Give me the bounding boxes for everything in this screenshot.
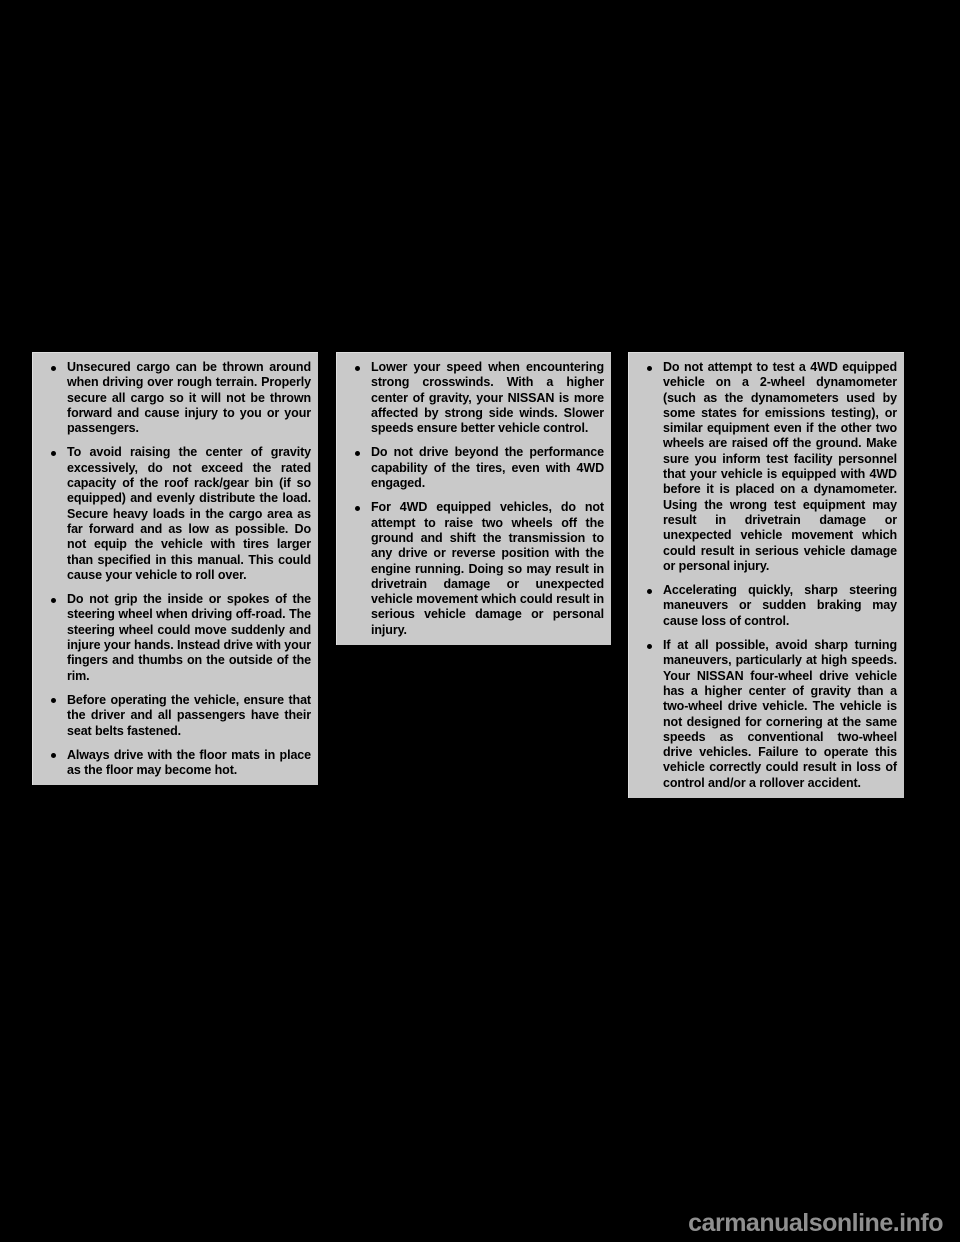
warning-bullet: Unsecured cargo can be thrown around whe… xyxy=(32,360,311,436)
bullet-icon xyxy=(647,366,652,371)
bullet-icon xyxy=(647,644,652,649)
warning-bullet: Do not attempt to test a 4WD equipped ve… xyxy=(628,360,897,574)
manual-page: Unsecured cargo can be thrown around whe… xyxy=(0,0,960,1242)
warning-bullet-text: Do not drive beyond the performance capa… xyxy=(371,445,604,490)
bullet-icon xyxy=(51,366,56,371)
warning-bullet-text: Do not attempt to test a 4WD equipped ve… xyxy=(663,360,897,573)
warning-bullet-text: Before operating the vehicle, ensure tha… xyxy=(67,693,311,738)
warning-bullet: Always drive with the floor mats in plac… xyxy=(32,748,311,779)
warning-bullet: Lower your speed when encountering stron… xyxy=(336,360,604,436)
bullet-icon xyxy=(51,753,56,758)
warning-bullet-text: Always drive with the floor mats in plac… xyxy=(67,748,311,777)
warning-box-2: Lower your speed when encountering stron… xyxy=(336,352,611,645)
warning-bullet: Accelerating quickly, sharp steering man… xyxy=(628,583,897,629)
warning-bullet-text: To avoid raising the center of gravity e… xyxy=(67,445,311,581)
warning-bullet-text: Unsecured cargo can be thrown around whe… xyxy=(67,360,311,435)
warning-bullet-text: Lower your speed when encountering stron… xyxy=(371,360,604,435)
warning-box-3: Do not attempt to test a 4WD equipped ve… xyxy=(628,352,904,798)
warning-bullet: Do not grip the inside or spokes of the … xyxy=(32,592,311,684)
warning-box-1: Unsecured cargo can be thrown around whe… xyxy=(32,352,318,785)
bullet-icon xyxy=(355,451,360,456)
warning-bullet: If at all possible, avoid sharp turning … xyxy=(628,638,897,791)
warning-bullet: To avoid raising the center of gravity e… xyxy=(32,445,311,583)
warning-bullet-text: For 4WD equipped vehicles, do not attemp… xyxy=(371,500,604,636)
warning-bullet-text: Accelerating quickly, sharp steering man… xyxy=(663,583,897,628)
warning-bullet: For 4WD equipped vehicles, do not attemp… xyxy=(336,500,604,638)
warning-bullet: Before operating the vehicle, ensure tha… xyxy=(32,693,311,739)
bullet-icon xyxy=(355,366,360,371)
bullet-icon xyxy=(355,506,360,511)
bullet-icon xyxy=(51,451,56,456)
warning-bullet-text: Do not grip the inside or spokes of the … xyxy=(67,592,311,682)
warning-bullet-text: If at all possible, avoid sharp turning … xyxy=(663,638,897,790)
bullet-icon xyxy=(647,589,652,594)
bullet-icon xyxy=(51,598,56,603)
bullet-icon xyxy=(51,698,56,703)
warning-bullet: Do not drive beyond the performance capa… xyxy=(336,445,604,491)
watermark-text: carmanualsonline.info xyxy=(688,1211,943,1236)
